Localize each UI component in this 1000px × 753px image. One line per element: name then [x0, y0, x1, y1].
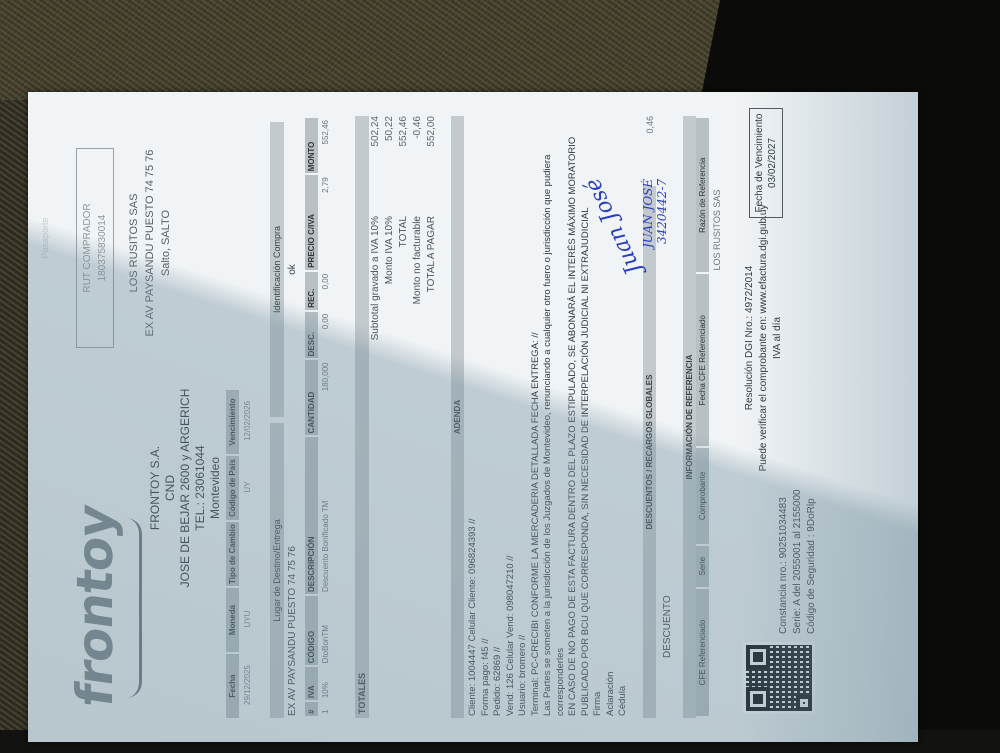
invoice-page: frontoy FRONTOY S.A. CND JOSE DE BEJAR 2… [28, 92, 918, 742]
faded-header-text: Pasaporte [40, 128, 50, 348]
totals-row: Subtotal gravado a IVA 10%502,24 [369, 116, 383, 718]
issuer-info: FRONTOY S.A. CND JOSE DE BEJAR 2600 y AR… [148, 378, 223, 598]
issuer-address: JOSE DE BEJAR 2600 y ARGERICH [178, 378, 193, 598]
purchase-id-label: Identificación Compra [270, 122, 284, 417]
qr-code-icon[interactable] [743, 642, 815, 714]
info-tipo-cambio: Tipo de Cambio [226, 520, 256, 586]
adenda-line: EN CASO DE NO PAGO DE ESTA FACTURA DENTR… [567, 118, 580, 716]
reference-table: CFE Referenciado Serie Comprobante Fecha… [696, 116, 725, 718]
adenda-label: ADENDA [451, 116, 464, 718]
due-date-label: Fecha de Vencimiento [753, 109, 766, 217]
due-date-value: 03/02/2027 [766, 109, 779, 217]
buyer-rut-label: RUT COMPRADOR [80, 149, 95, 347]
items-table: # IVA CÓDIGO DESCRIPCIÓN CANTIDAD DESC. … [305, 116, 333, 718]
invoice-footer: Constancia nro.: 90251034483 Serie: A de… [743, 116, 863, 718]
codigo-seguridad: Código de Seguridad : 9DoRlp [805, 489, 819, 634]
invoice-info-strip: Fecha 29/12/2025 Moneda UYU Tipo de Camb… [226, 388, 256, 718]
totals-label: TOTALES [355, 116, 369, 718]
table-row: 1 10% DtoBonTM Descuento Bonificado TM 1… [318, 118, 333, 716]
buyer-rut: 180375830014 [95, 149, 110, 347]
buyer-rut-box: RUT COMPRADOR 180375830014 [76, 148, 114, 348]
discount-amount: 0,46 [643, 116, 683, 186]
issuer-city: Montevideo [208, 378, 223, 598]
adenda-line: Terminal: PC-CRECIBI CONFORME LA MERCADE… [530, 118, 543, 716]
totals-row: Monto no facturable-0,46 [411, 116, 425, 718]
issuer-line2: CND [163, 378, 178, 598]
purchase-id-value: ok [284, 122, 301, 417]
destination-section: Lugar de Destino/Entrega EX AV PAYSANDU … [270, 116, 301, 718]
totals-row: TOTAL552,46 [397, 116, 411, 718]
buyer-address: EX AV PAYSANDU PUESTO 74 75 76 [142, 108, 158, 378]
serie: Serie: A del 2055001 al 2155000 [791, 489, 805, 634]
adenda-line: corresponderles [555, 118, 568, 716]
adenda-line: Cliente: 1004447 Celular Cliente: 096824… [467, 118, 480, 716]
constancia: Constancia nro.: 90251034483 [777, 489, 791, 634]
table-row: LOS RUSITOS SAS [709, 118, 725, 716]
adenda-line: Las Partes se someten a la jurisdicción … [542, 118, 555, 716]
iva-al-dia: IVA al día [771, 188, 785, 488]
reference-label: INFORMACIÓN DE REFERENCIA [683, 116, 696, 718]
issuer-name: FRONTOY S.A. [148, 378, 163, 598]
resolucion: Resolución DGI Nro.: 4972/2014 [743, 188, 757, 488]
adenda-line: Pedido: 62869 // [492, 118, 505, 716]
invoice-header: frontoy FRONTOY S.A. CND JOSE DE BEJAR 2… [56, 116, 226, 718]
items-header-row: # IVA CÓDIGO DESCRIPCIÓN CANTIDAD DESC. … [305, 118, 318, 716]
info-fecha: Fecha 29/12/2025 [226, 652, 256, 718]
dgi-info: Resolución DGI Nro.: 4972/2014 Puede ver… [743, 188, 785, 488]
adenda-section: ADENDA Cliente: 1004447 Celular Cliente:… [451, 116, 633, 718]
buyer-name: LOS RUSITOS SAS [126, 108, 142, 378]
discount-item: DESCUENTO [656, 186, 683, 718]
info-codigo-pais: Código de País UY [226, 454, 256, 520]
logo-swoosh-icon [126, 518, 142, 698]
invoice-paper: frontoy FRONTOY S.A. CND JOSE DE BEJAR 2… [28, 92, 918, 742]
destination-label: Lugar de Destino/Entrega [270, 423, 284, 718]
handwritten-id: 3420442-7 [655, 179, 669, 244]
verificar-link: Puede verificar el comprobante en: www.e… [757, 188, 771, 488]
cfe-info: Constancia nro.: 90251034483 Serie: A de… [747, 489, 819, 634]
reference-section: INFORMACIÓN DE REFERENCIA CFE Referencia… [683, 116, 725, 718]
totals-row: Monto IVA 10%50,22 [383, 116, 397, 718]
info-moneda: Moneda UYU [226, 586, 256, 652]
due-date-box: Fecha de Vencimiento 03/02/2027 [749, 108, 783, 218]
totals-row: TOTAL A PAGAR552,00 [425, 116, 439, 718]
adenda-line: Usuario: bromero // [517, 118, 530, 716]
issuer-tel: TEL.: 23061044 [193, 378, 208, 598]
totals-section: TOTALES Subtotal gravado a IVA 10%502,24… [355, 116, 439, 718]
buyer-info: LOS RUSITOS SAS EX AV PAYSANDU PUESTO 74… [126, 108, 174, 378]
handwritten-name: JUAN JOSÉ [641, 179, 655, 248]
adenda-line: Vend: 126 Celular Vend: 098047210 // [505, 118, 518, 716]
frontoy-logo: frontoy [66, 502, 124, 710]
buyer-city: Salto, SALTO [158, 108, 174, 378]
adenda-line: Forma pago: f45 // [480, 118, 493, 716]
reference-header-row: CFE Referenciado Serie Comprobante Fecha… [696, 118, 709, 716]
purchase-id-box: Identificación Compra ok [270, 122, 301, 417]
info-vencimiento: Vencimiento 12/02/2026 [226, 388, 256, 454]
destination-box: Lugar de Destino/Entrega EX AV PAYSANDU … [270, 423, 301, 718]
destination-value: EX AV PAYSANDU PUESTO 74 75 76 [284, 423, 301, 718]
